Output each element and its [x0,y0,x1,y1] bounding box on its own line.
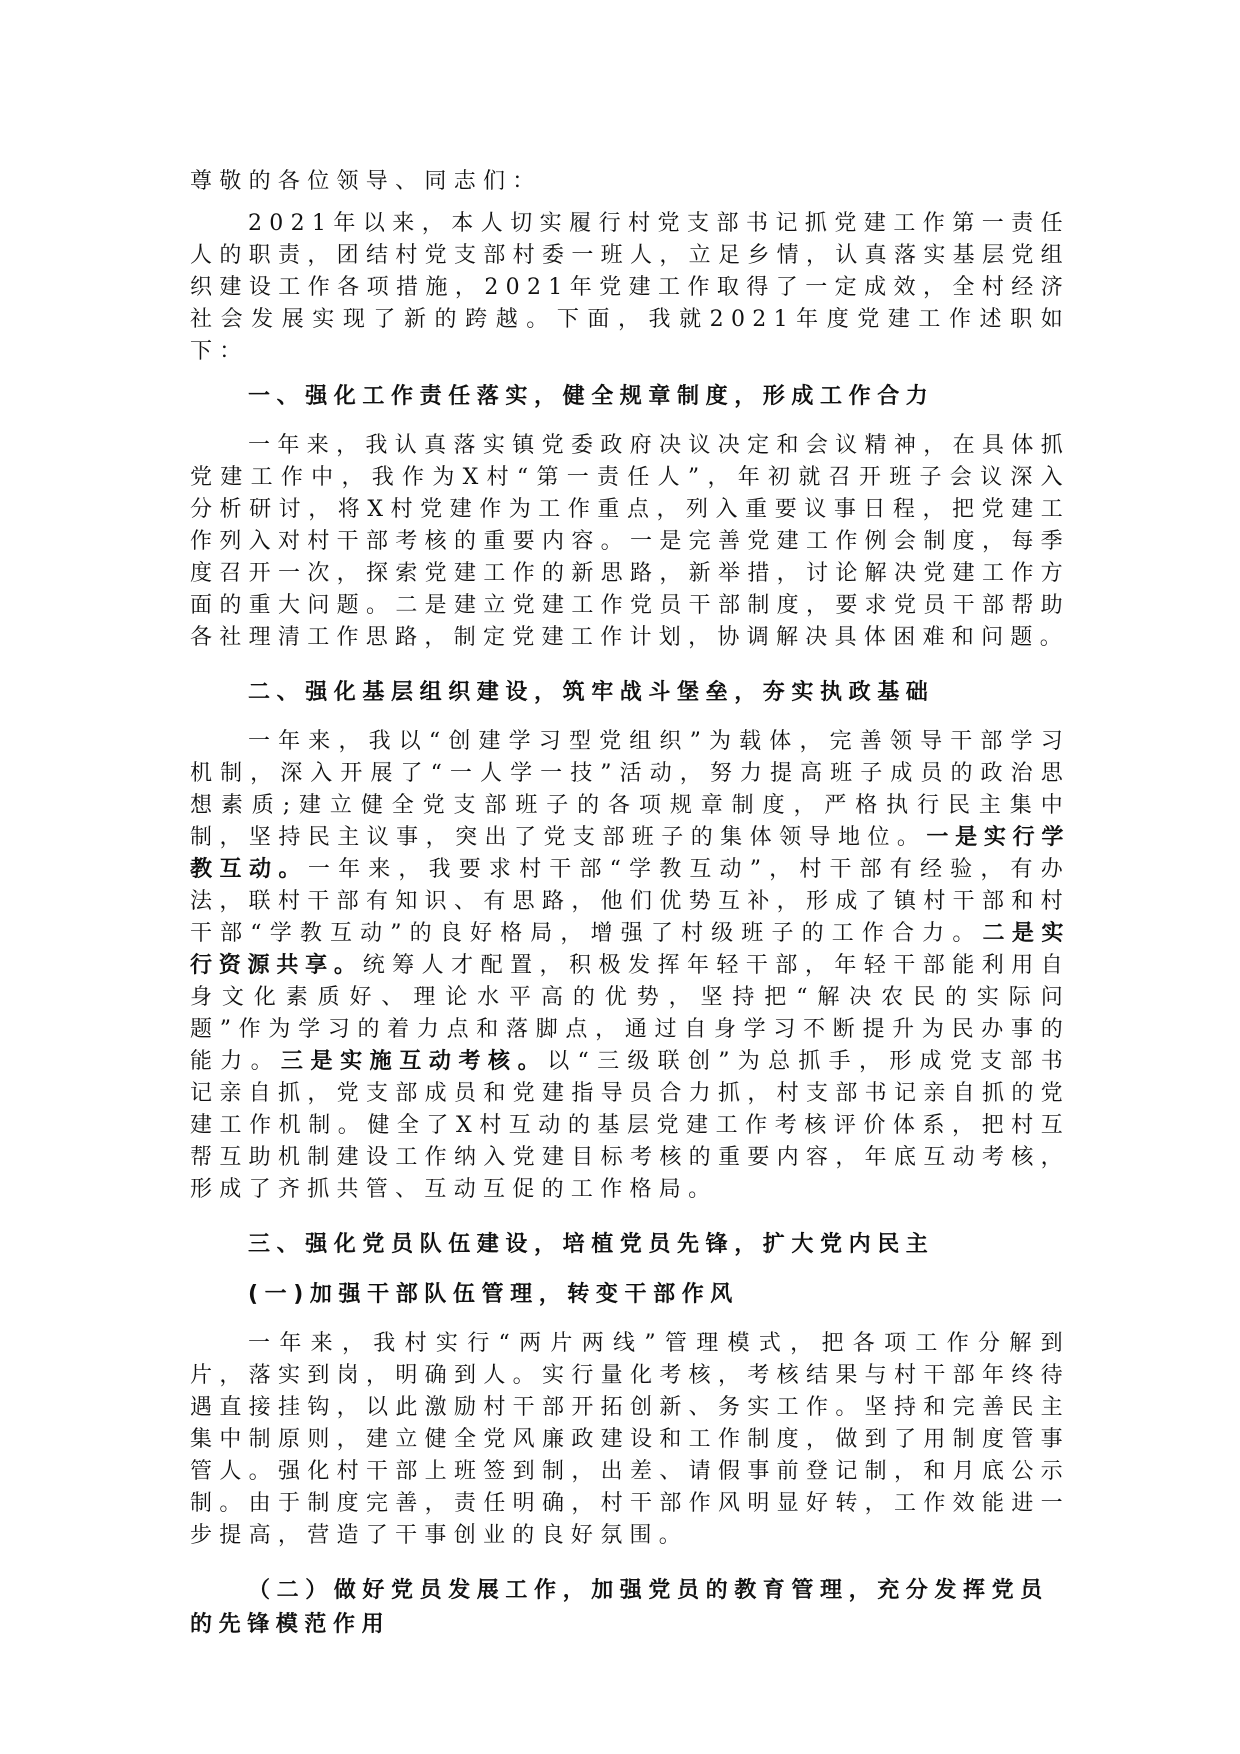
subsection-3-2-heading: （二）做好党员发展工作，加强党员的教育管理，充分发挥党员的先锋模范作用 [190,1574,1070,1642]
section-3-heading: 三、强化党员队伍建设，培植党员先锋，扩大党内民主 [190,1228,1070,1262]
subsection-3-1-paragraph: 一年来，我村实行“两片两线”管理模式，把各项工作分解到片，落实到岗，明确到人。实… [190,1328,1070,1552]
section-1-heading: 一、强化工作责任落实，健全规章制度，形成工作合力 [190,380,1070,414]
section-2-text-2: 一年来，我要求村干部“学教互动”，村干部有经验，有办法，联村干部有知识、有思路，… [190,857,1070,946]
subsection-3-1-heading: (一)加强干部队伍管理，转变干部作风 [190,1278,1070,1312]
point-3-bold-lead: 三是实施互动考核。 [281,1049,547,1074]
document-page: 尊敬的各位领导、同志们： 2021年以来，本人切实履行村党支部书记抓党建工作第一… [190,166,1070,1658]
section-1-paragraph: 一年来，我认真落实镇党委政府决议决定和会议精神，在具体抓党建工作中，我作为X村“… [190,430,1070,654]
section-2-paragraph: 一年来，我以“创建学习型党组织”为载体，完善领导干部学习机制，深入开展了“一人学… [190,726,1070,1206]
intro-paragraph: 2021年以来，本人切实履行村党支部书记抓党建工作第一责任人的职责，团结村党支部… [190,208,1070,368]
salutation: 尊敬的各位领导、同志们： [190,166,1070,198]
section-2-heading: 二、强化基层组织建设，筑牢战斗堡垒，夯实执政基础 [190,676,1070,710]
